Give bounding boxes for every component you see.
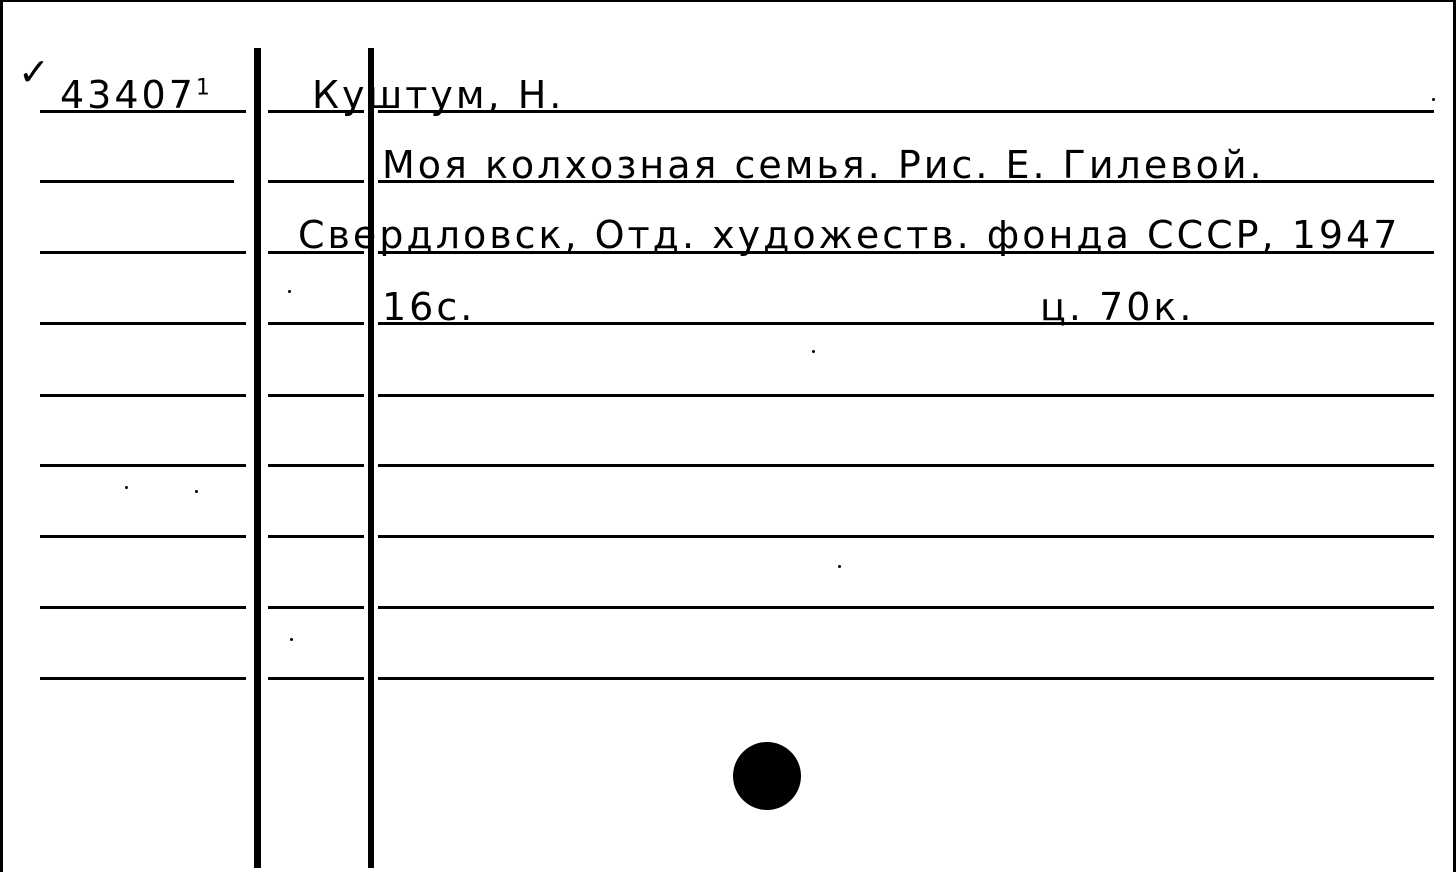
ruled-line	[268, 606, 364, 609]
ruled-line	[378, 606, 1434, 609]
call-number: 434071	[60, 76, 213, 114]
ruled-line	[378, 464, 1434, 467]
ruled-line	[268, 322, 364, 325]
ruled-line	[268, 180, 364, 183]
catalog-card: ✓ 434071 Куштум, Н. Моя колхозная семья.…	[0, 0, 1456, 872]
ruled-line	[268, 464, 364, 467]
ruled-line	[378, 322, 1434, 325]
ruled-line	[378, 394, 1434, 397]
ruled-line	[378, 535, 1434, 538]
indent-rule	[368, 48, 374, 868]
title-line: Моя колхозная семья. Рис. Е. Гилевой.	[382, 146, 1265, 184]
scan-speck	[195, 490, 198, 493]
ruled-line	[40, 677, 246, 680]
ruled-line	[40, 180, 234, 183]
scan-speck	[288, 290, 291, 293]
call-number-superscript: 1	[196, 75, 213, 100]
scan-speck	[812, 350, 815, 353]
punch-hole	[733, 742, 801, 810]
ruled-line	[378, 677, 1434, 680]
card-border-left	[0, 0, 3, 872]
ruled-line	[40, 322, 246, 325]
scan-speck	[1432, 98, 1435, 101]
pagination: 16с.	[382, 288, 475, 326]
imprint-line: Свердловск, Отд. художеств. фонда СССР, …	[298, 216, 1400, 254]
left-margin-rule	[254, 48, 261, 868]
ruled-line	[268, 535, 364, 538]
card-border-top	[0, 0, 1456, 2]
ruled-line	[268, 677, 364, 680]
ruled-line	[40, 606, 246, 609]
check-mark-icon: ✓	[18, 50, 50, 94]
ruled-line	[40, 464, 246, 467]
ruled-line	[40, 251, 246, 254]
scan-speck	[838, 565, 841, 568]
author-heading: Куштум, Н.	[312, 76, 564, 114]
call-number-value: 43407	[60, 73, 196, 117]
scan-speck	[125, 486, 128, 489]
ruled-line	[40, 535, 246, 538]
price: ц. 70к.	[1040, 288, 1194, 326]
ruled-line	[268, 394, 364, 397]
ruled-line	[40, 394, 246, 397]
scan-speck	[290, 638, 293, 641]
